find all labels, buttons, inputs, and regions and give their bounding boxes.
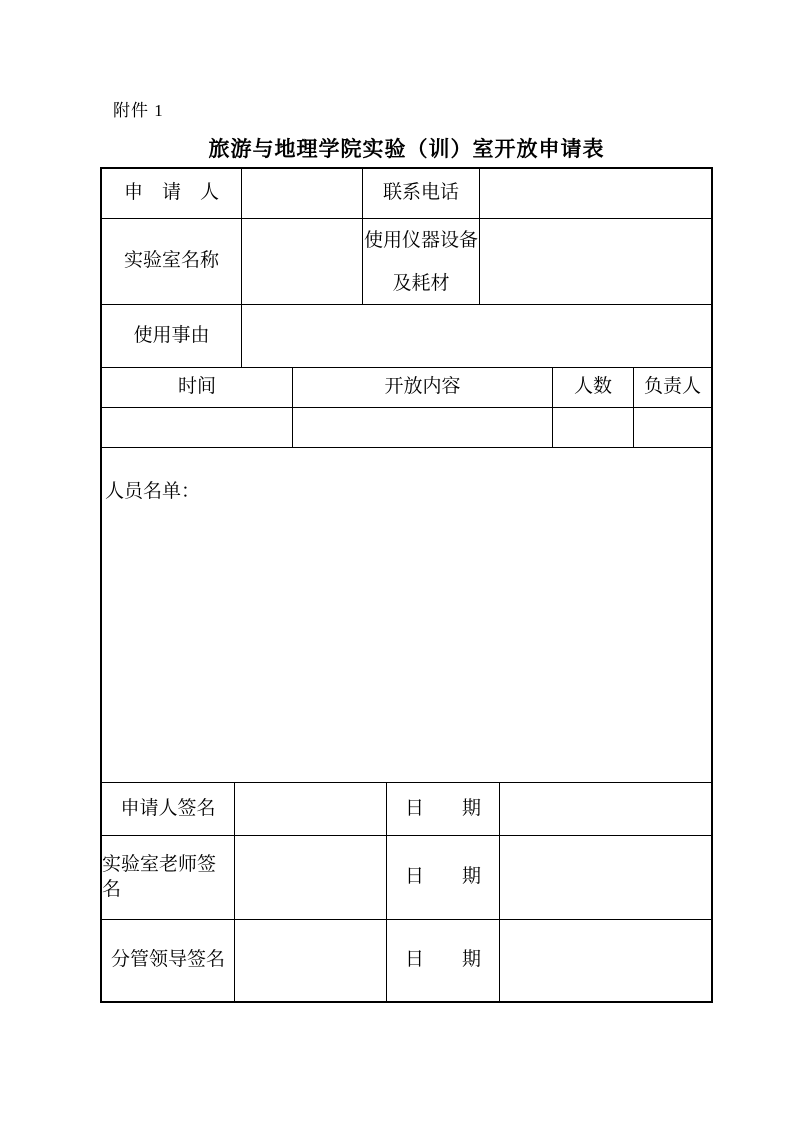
- leader-signature-field[interactable]: [235, 920, 387, 1001]
- applicant-field[interactable]: [242, 169, 363, 219]
- row-schedule-entry: [102, 408, 711, 448]
- row-schedule-header: 时间 开放内容 人数 负责人: [102, 368, 711, 408]
- row-personnel-list: 人员名单：: [102, 448, 711, 783]
- personnel-list-label: 人员名单：: [105, 480, 200, 505]
- row-lab-name: 实验室名称 使用仪器设备 及耗材: [102, 219, 711, 305]
- lab-name-label: 实验室名称: [102, 219, 242, 305]
- row-applicant-signature: 申请人签名 日 期: [102, 783, 711, 836]
- applicant-date-field[interactable]: [500, 783, 711, 836]
- applicant-date-label: 日 期: [387, 783, 500, 836]
- equipment-label-line1: 使用仪器设备: [364, 219, 478, 262]
- attachment-label: 附件 1: [113, 96, 164, 121]
- lab-name-field[interactable]: [242, 219, 363, 305]
- leader-date-field[interactable]: [500, 920, 711, 1001]
- reason-field[interactable]: [242, 305, 711, 368]
- leader-signature-label: 分管领导签名: [102, 920, 235, 1001]
- row-reason: 使用事由: [102, 305, 711, 368]
- row-leader-signature: 分管领导签名 日 期: [102, 920, 711, 1001]
- equipment-label: 使用仪器设备 及耗材: [363, 219, 480, 305]
- open-content-field[interactable]: [293, 408, 553, 448]
- time-field[interactable]: [102, 408, 293, 448]
- teacher-date-label: 日 期: [387, 836, 500, 920]
- teacher-signature-label: 实验室老师签名: [102, 836, 235, 920]
- applicant-signature-field[interactable]: [235, 783, 387, 836]
- person-in-charge-label: 负责人: [634, 368, 711, 408]
- row-teacher-signature: 实验室老师签名 日 期: [102, 836, 711, 920]
- phone-label: 联系电话: [363, 169, 480, 219]
- applicant-label: 申 请 人: [102, 169, 242, 219]
- teacher-signature-field[interactable]: [235, 836, 387, 920]
- open-content-label: 开放内容: [293, 368, 553, 408]
- application-form-table: 申 请 人 联系电话 实验室名称 使用仪器设备 及耗材 使用事由 时间 开放内容…: [100, 167, 713, 1003]
- time-label: 时间: [102, 368, 293, 408]
- equipment-label-line2: 及耗材: [392, 262, 449, 305]
- personnel-list-cell[interactable]: 人员名单：: [102, 448, 711, 783]
- equipment-field[interactable]: [480, 219, 711, 305]
- row-applicant: 申 请 人 联系电话: [102, 169, 711, 219]
- teacher-date-field[interactable]: [500, 836, 711, 920]
- reason-label: 使用事由: [102, 305, 242, 368]
- leader-date-label: 日 期: [387, 920, 500, 1001]
- people-count-label: 人数: [553, 368, 634, 408]
- people-count-field[interactable]: [553, 408, 634, 448]
- page-title: 旅游与地理学院实验（训）室开放申请表: [100, 133, 713, 163]
- phone-field[interactable]: [480, 169, 711, 219]
- person-in-charge-field[interactable]: [634, 408, 711, 448]
- applicant-signature-label: 申请人签名: [102, 783, 235, 836]
